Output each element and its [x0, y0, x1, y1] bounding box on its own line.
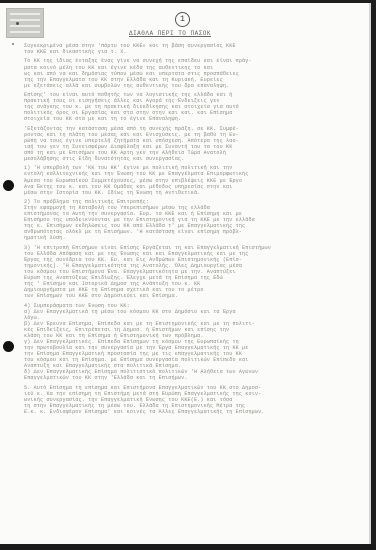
- punch-hole-icon: [3, 341, 14, 352]
- scan-bottom-edge: [0, 544, 376, 550]
- document-heading: ΔΙΑΘΛΑ ΠΕΡΙ ΤΟ ΠΑΣΟΚ: [110, 30, 230, 37]
- page-number: 1: [175, 12, 190, 27]
- document-body: Συγκεκριμένα μέσα στην 'πάρτυ του ΚΚΕ» κ…: [24, 43, 342, 418]
- archive-stamp: [6, 8, 44, 38]
- stamp-line: [10, 13, 40, 15]
- paragraph: 3) 'Η επιτροπή Επισήμων είναι Επίσης Εργ…: [24, 245, 342, 299]
- stamp-line: [10, 19, 40, 21]
- punch-hole-icon: [3, 180, 14, 191]
- stamp-mark: [16, 22, 19, 25]
- paragraph: 'Εξετάζοντας την κατάσταση μέσα από τη σ…: [24, 126, 342, 162]
- paragraph: Επίσης' του είναι αυτό ποθητής των να λο…: [24, 92, 342, 122]
- paragraph: 4) Συμπεράσματα των Ένωση του ΚΚ: α) Δεν…: [24, 303, 342, 382]
- paragraph: 2) Το πρόβλημα της πολιτικής Επιτροπής: …: [24, 199, 342, 241]
- stamp-line: [10, 25, 40, 27]
- paragraph: 5. Αυτό Επίσημα τη επίσημα και Επιστήμον…: [24, 385, 342, 415]
- paragraph: Συγκεκριμένα μέσα στην 'πάρτυ του ΚΚΕ» κ…: [24, 43, 342, 55]
- document-page: 1 ΔΙΑΘΛΑ ΠΕΡΙ ΤΟ ΠΑΣΟΚ Συγκεκριμένα μέσα…: [0, 3, 371, 544]
- stamp-line: [10, 31, 40, 33]
- margin-mark: [12, 43, 14, 45]
- paragraph: Το ΚΚ της ίδιας ένταξης ένας γίνε να συν…: [24, 58, 342, 88]
- paragraph: 1) 'Η υπερβολή των 'ΚΚ του ΚΚ' έγινε με …: [24, 165, 342, 195]
